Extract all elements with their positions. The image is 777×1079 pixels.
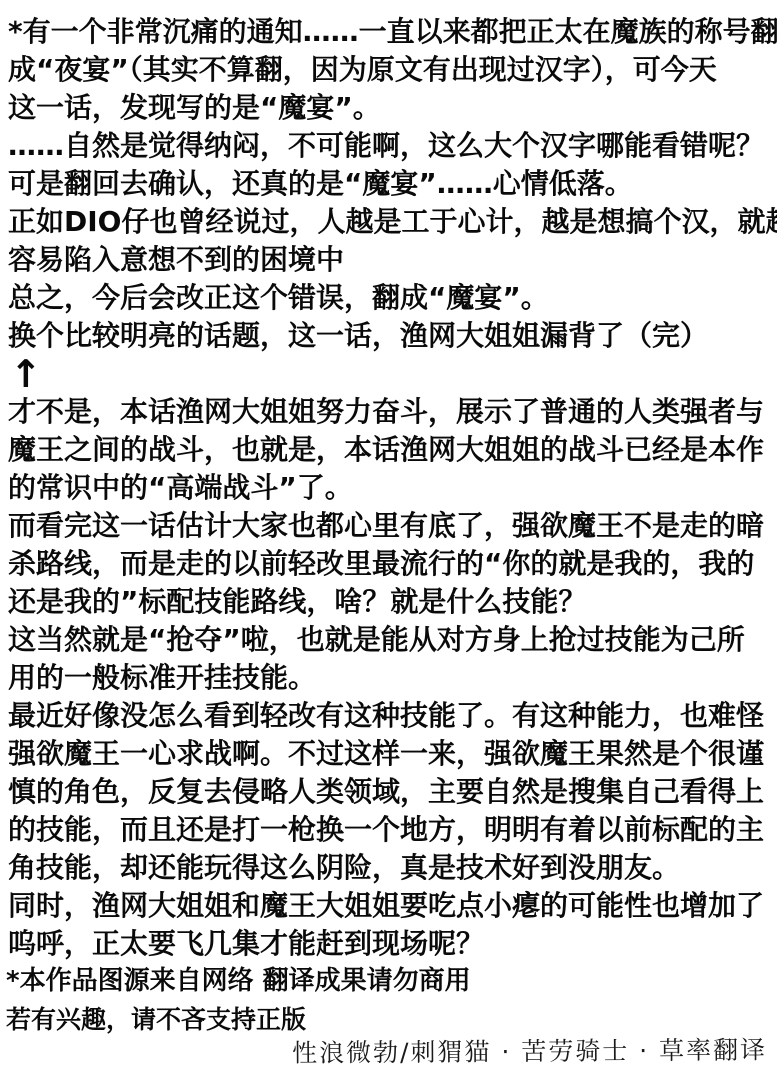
text-line: ……自然是觉得纳闷，不可能啊，这么大个汉字哪能看错呢？: [8, 127, 777, 165]
text-line: 的技能，而且还是打一枪换一个地方，明明有着以前标配的主: [8, 811, 777, 849]
text-line: 魔王之间的战斗，也就是，本话渔网大姐姐的战斗已经是本作: [8, 431, 777, 469]
text-line: 呜呼，正太要飞几集才能赶到现场呢？: [8, 925, 777, 963]
text-line: 同时，渔网大姐姐和魔王大姐姐要吃点小瘪的可能性也增加了: [8, 887, 777, 925]
note-text-block: *有一个非常沉痛的通知……一直以来都把正太在魔族的称号翻 成“夜宴”（其实不算翻…: [8, 13, 777, 963]
text-line: 杀路线，而是走的以前轻改里最流行的“你的就是我的，我的: [8, 545, 777, 583]
text-line: 才不是，本话渔网大姐姐努力奋斗，展示了普通的人类强者与: [8, 393, 777, 431]
text-line: 可是翻回去确认，还真的是“魔宴”……心情低落。: [8, 165, 777, 203]
text-line: 慎的角色，反复去侵略人类领域，主要自然是搜集自己看得上: [8, 773, 777, 811]
text-line: 这一话，发现写的是“魔宴”。: [8, 89, 777, 127]
support-official-note: 若有兴趣，请不吝支持正版: [6, 1000, 306, 1036]
text-line: 容易陷入意想不到的困境中: [8, 241, 777, 279]
text-line: 还是我的”标配技能路线，啥？就是什么技能？: [8, 583, 777, 621]
text-line: 角技能，却还能玩得这么阴险，真是技术好到没朋友。: [8, 849, 777, 887]
source-disclaimer-note: *本作品图源来自网络 翻译成果请勿商用: [6, 960, 471, 997]
text-line: 正如DIO仔也曾经说过，人越是工于心计，越是想搞个汉，就越: [8, 203, 777, 241]
text-line: 最近好像没怎么看到轻改有这种技能了。有这种能力，也难怪: [8, 697, 777, 735]
text-line: 用的一般标准开挂技能。: [8, 659, 777, 697]
text-line: 这当然就是“抢夺”啦，也就是能从对方身上抢过技能为己所: [8, 621, 777, 659]
translator-note-page: *有一个非常沉痛的通知……一直以来都把正太在魔族的称号翻 成“夜宴”（其实不算翻…: [0, 0, 777, 1079]
text-line: 的常识中的“高端战斗”了。: [8, 469, 777, 507]
translator-signature: 性浪微勃/刺猬猫 · 苦劳骑士 · 草率翻译: [292, 1030, 767, 1069]
text-line: 成“夜宴”（其实不算翻，因为原文有出现过汉字），可今天: [8, 51, 777, 89]
up-arrow-glyph: ↑: [8, 355, 777, 393]
text-line: 换个比较明亮的话题，这一话，渔网大姐姐漏背了（完）: [8, 317, 777, 355]
text-line: 而看完这一话估计大家也都心里有底了，强欲魔王不是走的暗: [8, 507, 777, 545]
text-line: *有一个非常沉痛的通知……一直以来都把正太在魔族的称号翻: [8, 13, 777, 51]
text-line: 总之，今后会改正这个错误，翻成“魔宴”。: [8, 279, 777, 317]
text-line: 强欲魔王一心求战啊。不过这样一来，强欲魔王果然是个很谨: [8, 735, 777, 773]
